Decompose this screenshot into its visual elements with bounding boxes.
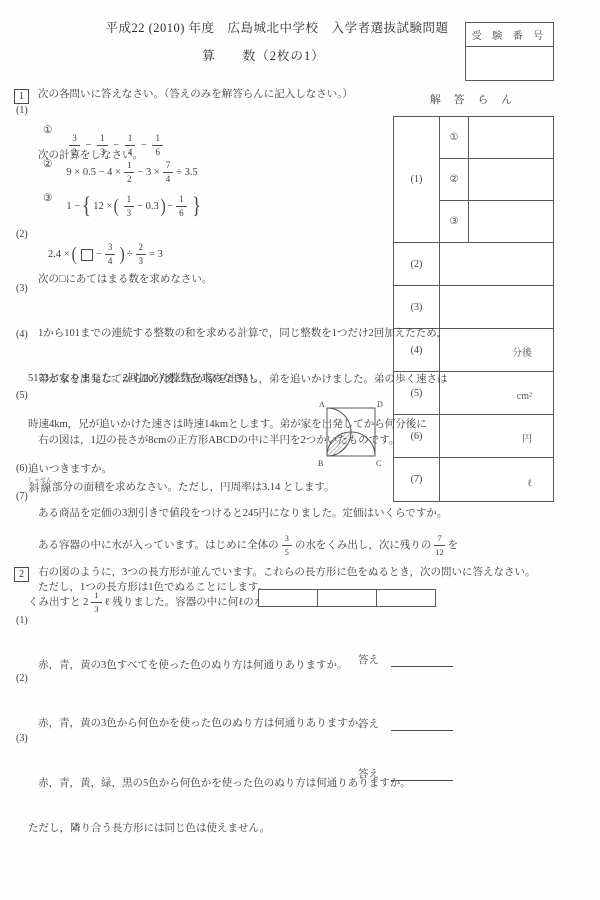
answer-rule-2 [391, 717, 453, 731]
rectangle-2 [317, 590, 376, 606]
q1-item2-formula: 2.4 ×(−34)÷23= 3 [48, 243, 163, 266]
q1-calc-2: ② 9 × 0.5 − 4 ×12− 3 ×74÷ 3.5 [43, 158, 198, 184]
rectangle-3 [376, 590, 435, 606]
answer-row-3: (3) [394, 286, 553, 329]
answer-cell-1-2 [469, 159, 553, 200]
answer-row-7: (7) ℓ [394, 458, 553, 501]
answer-unit-6: 円 [522, 430, 532, 445]
q1-item4-label: (4) [16, 327, 28, 342]
answer-cell-2 [440, 243, 553, 285]
answer-cell-1-3 [469, 201, 553, 242]
q1-number-box: 1 [14, 89, 29, 104]
q2-item1-label: (1) [16, 613, 28, 628]
q2-intro2: ただし，1つの長方形は1色でぬることにします。 [38, 580, 268, 595]
answer-subrow-1: ① [440, 117, 553, 158]
answer-cell-6: 円 [440, 415, 553, 457]
vertex-label-a: A [319, 400, 325, 409]
q2-item3-label: (3) [16, 731, 28, 746]
q1-intro: 次の各問いに答えなさい。（答えのみを解答らんに記入しなさい。） [38, 89, 353, 100]
three-rectangles-figure [258, 589, 436, 607]
q1-item1-label: (1) [16, 103, 28, 118]
answer-unit-7: ℓ [527, 478, 532, 489]
q1-item4-line1: 弟が家を出発してから20分後に兄が家を出発し，弟を追いかけました。弟の歩く速さは [38, 372, 394, 387]
q1-item5-label: (5) [16, 388, 28, 403]
q1-item7-label: (7) [16, 489, 28, 504]
answer-subrow-2: ② [440, 158, 553, 200]
answer-line-3: 答え [358, 766, 453, 781]
answer-label-1: 答え [358, 652, 379, 667]
answer-cell-5: cm² [440, 372, 553, 414]
answer-row-3-label: (3) [394, 286, 440, 328]
q1-calc-2-num: ② [43, 159, 52, 170]
answer-cell-4: 分後 [440, 329, 553, 371]
exam-sheet: 平成22 (2010) 年度 広島城北中学校 入学者選抜試験問題 算 数（2枚の… [0, 0, 600, 900]
answer-subrow-3: ③ [440, 200, 553, 242]
q1-calc-1-num: ① [43, 125, 52, 136]
q1-calc-1: ① 32 − 13 − 14 − 16 [43, 124, 166, 157]
q1-item6-label: (6) [16, 461, 28, 476]
exam-number-label: 受 験 番 号 [466, 23, 553, 47]
q2-number-box: 2 [14, 567, 29, 582]
q1-calc-3-formula: 1 −{12 ×(13− 0.3)−16} [66, 195, 202, 218]
q1-calc-3-num: ③ [43, 193, 52, 204]
q2-intro1: 右の図のように，3つの長方形が並んでいます。これらの長方形に色をぬるとき，次の問… [38, 567, 536, 578]
answer-cell-1-1 [469, 117, 553, 158]
q1-header: 1次の各問いに答えなさい。（答えのみを解答らんに記入しなさい。） [14, 87, 353, 104]
answer-row-2-label: (2) [394, 243, 440, 285]
answer-line-2: 答え [358, 716, 453, 731]
answer-subrow-2-label: ② [440, 159, 469, 200]
answer-cell-7: ℓ [440, 458, 553, 501]
answer-subrow-3-label: ③ [440, 201, 469, 242]
answer-row-2: (2) [394, 243, 553, 286]
vertex-label-d: D [377, 400, 383, 409]
answer-rule-1 [391, 653, 453, 667]
answer-row-1-label: (1) [394, 117, 440, 242]
answer-column-title: 解 答 ら ん [393, 91, 554, 107]
q1-item3-label: (3) [16, 281, 28, 296]
q1-calc-3: ③ 1 −{12 ×(13− 0.3)−16} [43, 192, 203, 218]
page-title: 平成22 (2010) 年度 広島城北中学校 入学者選抜試験問題 [37, 21, 517, 36]
q2-item3-line2: ただし，隣り合う長方形には同じ色は使えません。 [28, 821, 434, 836]
answer-rule-3 [391, 767, 453, 781]
answer-cell-3 [440, 286, 553, 328]
answer-line-1: 答え [358, 652, 453, 667]
answer-unit-5: cm² [517, 391, 532, 402]
answer-row-1: (1) ① ② ③ [394, 117, 553, 243]
answer-label-2: 答え [358, 716, 379, 731]
q1-calc-1-formula: 32 − 13 − 14 − 16 [66, 134, 166, 157]
rectangle-1 [259, 590, 317, 606]
answer-column-table: (1) ① ② ③ (2) (3) [393, 116, 554, 502]
subject-title: 算 数（2枚の1） [0, 49, 527, 64]
q1-item2-label: (2) [16, 227, 28, 242]
q2-item3: (3) 赤，青，黄，緑，黒の5色から何色かを使った色のぬり方は何通りありますか。… [14, 731, 434, 866]
q2-item2-label: (2) [16, 671, 28, 686]
answer-subrow-1-label: ① [440, 117, 469, 158]
q1-calc-2-formula: 9 × 0.5 − 4 ×12− 3 ×74÷ 3.5 [66, 161, 197, 184]
q1-item7-line1: ある容器の中に水が入っています。はじめに全体の35の水をくみ出し，次に残りの71… [38, 534, 414, 556]
answer-unit-4: 分後 [512, 344, 532, 359]
answer-label-3: 答え [358, 766, 379, 781]
exam-number-box: 受 験 番 号 [465, 22, 554, 81]
square-semicircles-figure: A D B C [313, 398, 393, 470]
